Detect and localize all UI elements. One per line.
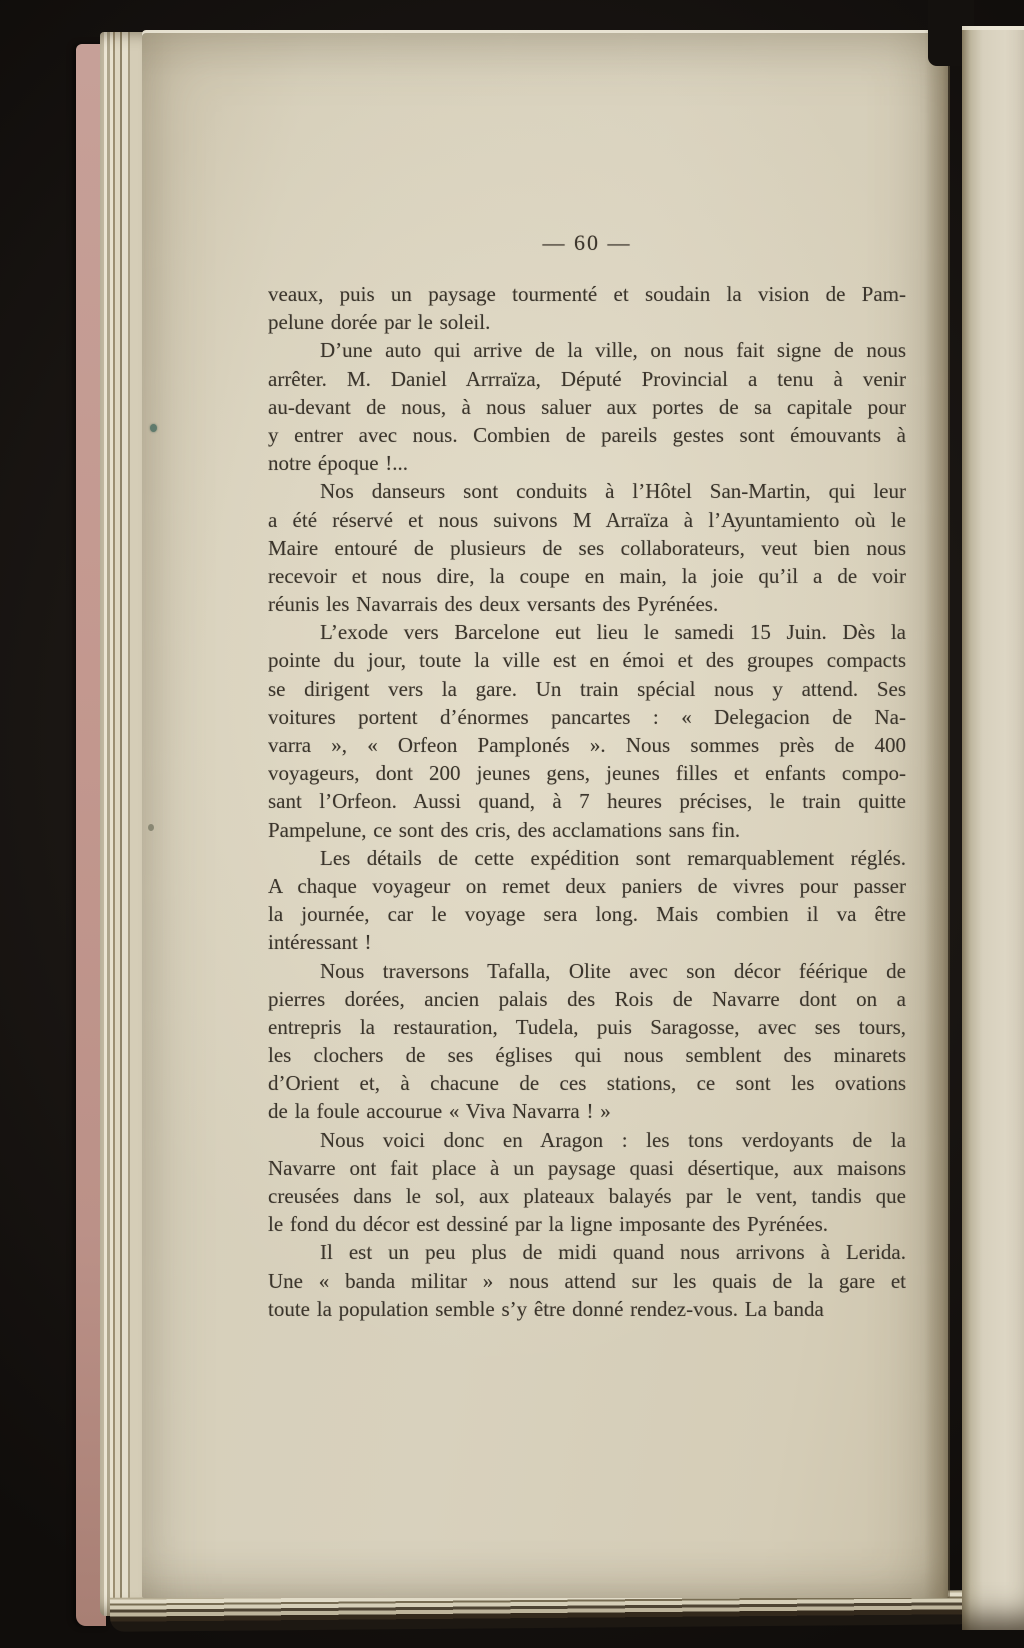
text-line: voitures portent d’énormes pancartes : «… [268, 703, 906, 731]
text-line: arrêter. M. Daniel Arrraïza, Député Prov… [268, 365, 906, 393]
text-line: pierres dorées, ancien palais des Rois d… [268, 985, 906, 1013]
dust-speck [148, 824, 154, 831]
facing-page-edge [962, 26, 1024, 1630]
text-line: réunis les Navarrais des deux versants d… [268, 590, 906, 618]
text-line: a été réservé et nous suivons M Arraïza … [268, 506, 906, 534]
text-line: veaux, puis un paysage tourmenté et soud… [268, 280, 906, 308]
text-line: Il est un peu plus de midi quand nous ar… [268, 1238, 906, 1266]
book-page: — 60 — veaux, puis un paysage tourmenté … [142, 30, 948, 1598]
text-line: de la foule accourue « Viva Navarra ! » [268, 1097, 906, 1125]
page-number: — 60 — [268, 228, 906, 258]
text-line: sant l’Orfeon. Aussi quand, à 7 heures p… [268, 787, 906, 815]
text-line: les clochers de ses églises qui nous sem… [268, 1041, 906, 1069]
text-line: au-devant de nous, à nous saluer aux por… [268, 393, 906, 421]
text-line: d’Orient et, à chacune de ces stations, … [268, 1069, 906, 1097]
book-scan: — 60 — veaux, puis un paysage tourmenté … [0, 0, 1024, 1648]
text-line: le fond du décor est dessiné par la lign… [268, 1210, 906, 1238]
text-line: y entrer avec nous. Combien de pareils g… [268, 421, 906, 449]
text-line: Les détails de cette expédition sont rem… [268, 844, 906, 872]
text-line: intéressant ! [268, 928, 906, 956]
text-line: se dirigent vers la gare. Un train spéci… [268, 675, 906, 703]
text-line: varra », « Orfeon Pamplonés ». Nous somm… [268, 731, 906, 759]
text-line: toute la population semble s’y être donn… [268, 1295, 906, 1323]
text-line: creusées dans le sol, aux plateaux balay… [268, 1182, 906, 1210]
text-line: recevoir et nous dire, la coupe en main,… [268, 562, 906, 590]
gutter-shadow [924, 30, 950, 1598]
page-text-block: veaux, puis un paysage tourmenté et soud… [268, 280, 906, 1323]
text-line: pointe du jour, toute la ville est en ém… [268, 646, 906, 674]
text-line: pelune dorée par le soleil. [268, 308, 906, 336]
dust-speck [150, 424, 157, 432]
text-line: voyageurs, dont 200 jeunes gens, jeunes … [268, 759, 906, 787]
text-line: Pampelune, ce sont des cris, des acclama… [268, 816, 906, 844]
text-line: Nous voici donc en Aragon : les tons ver… [268, 1126, 906, 1154]
text-line: L’exode vers Barcelone eut lieu le samed… [268, 618, 906, 646]
text-line: Une « banda militar » nous attend sur le… [268, 1267, 906, 1295]
text-line: Navarre ont fait place à un paysage quas… [268, 1154, 906, 1182]
text-line: la journée, car le voyage sera long. Mai… [268, 900, 906, 928]
text-line: Maire entouré de plusieurs de ses collab… [268, 534, 906, 562]
text-line: D’une auto qui arrive de la ville, on no… [268, 336, 906, 364]
text-line: Nous traversons Tafalla, Olite avec son … [268, 957, 906, 985]
text-line: A chaque voyageur on remet deux paniers … [268, 872, 906, 900]
text-line: notre époque !... [268, 449, 906, 477]
text-line: Nos danseurs sont conduits à l’Hôtel San… [268, 477, 906, 505]
page-stack-left-edge [100, 32, 148, 1616]
text-line: entrepris la restauration, Tudela, puis … [268, 1013, 906, 1041]
